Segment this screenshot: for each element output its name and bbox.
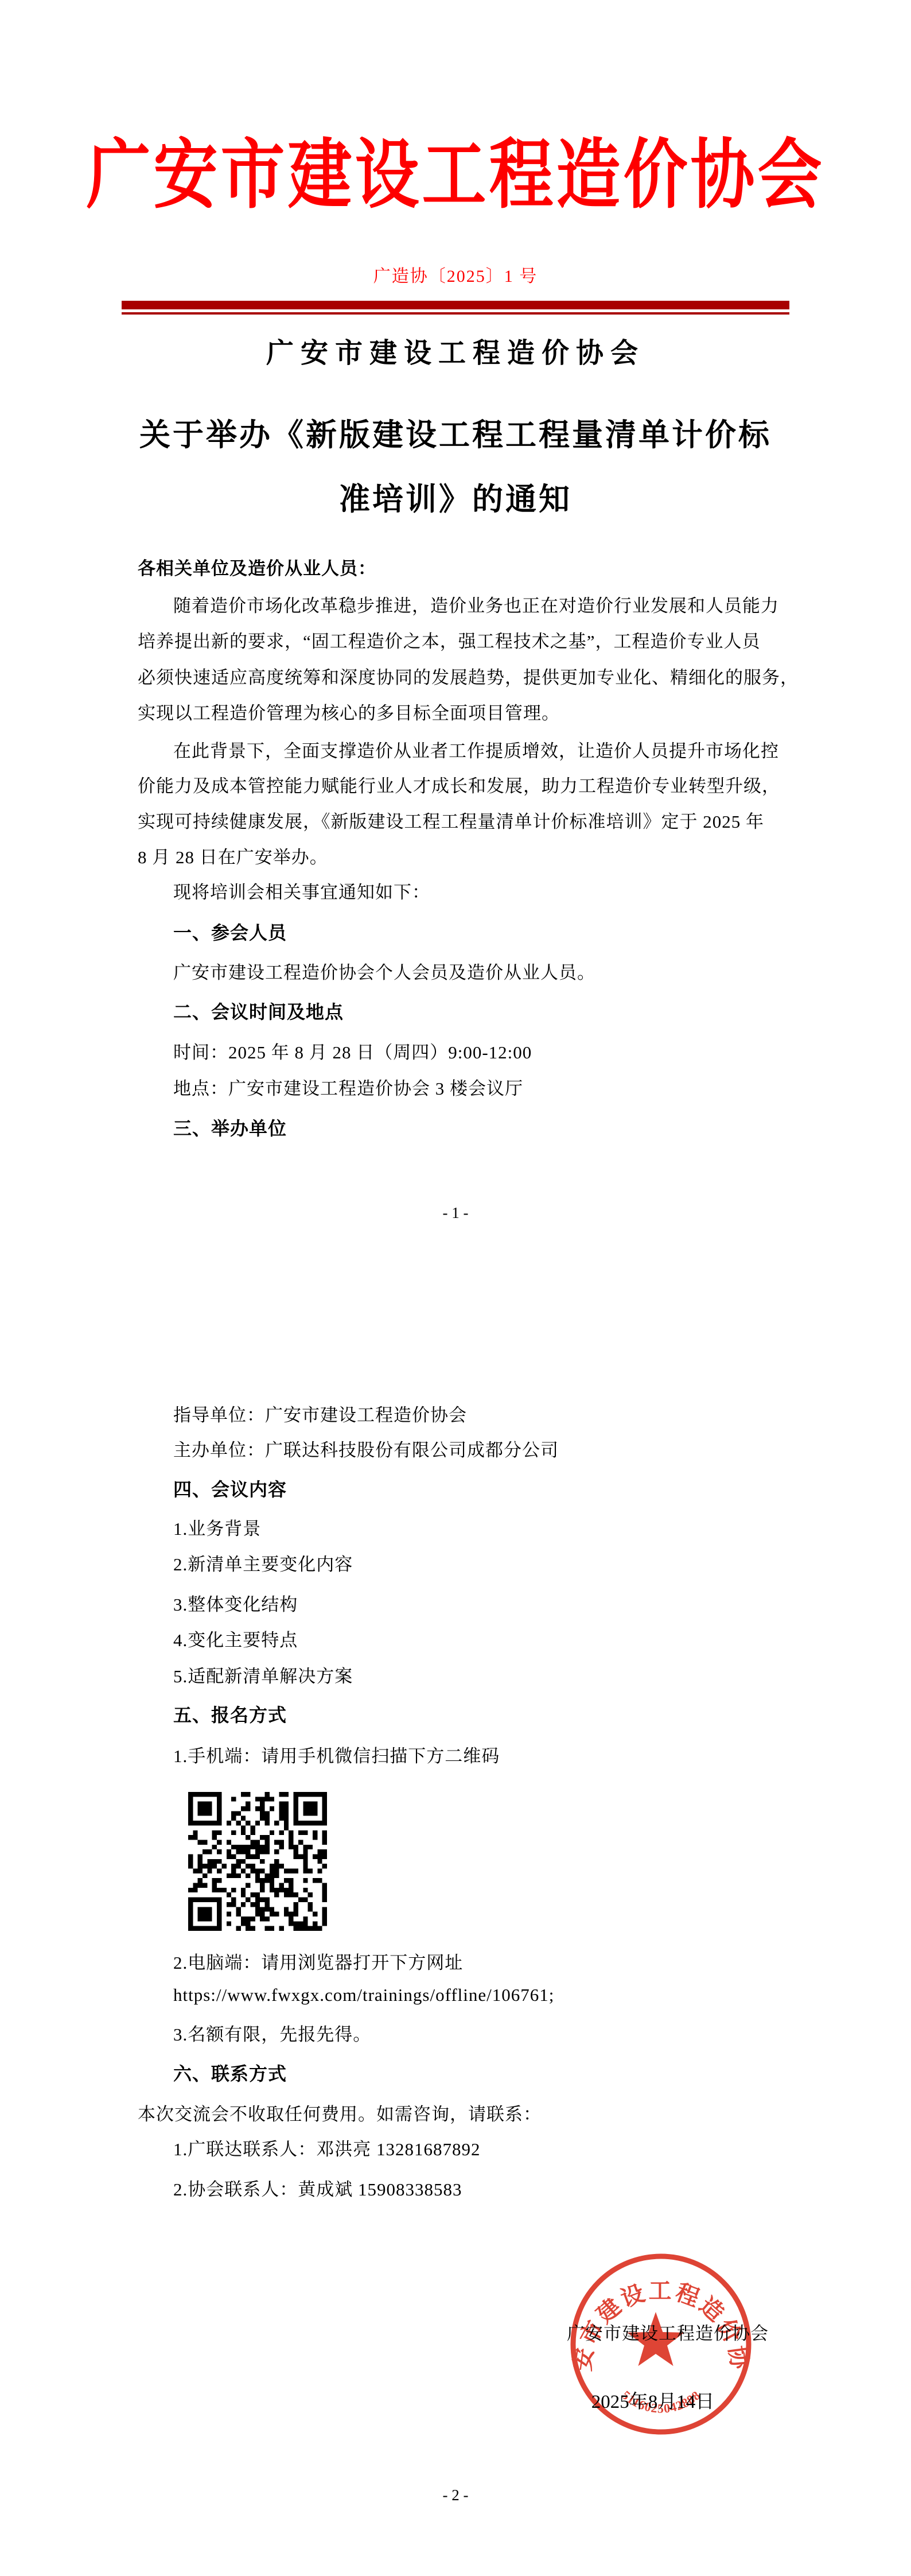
letterhead-org-name: 广安市建设工程造价协会 bbox=[0, 137, 911, 216]
paragraph2-line1: 在此背景下，全面支撑造价从业者工作提质增效，让造价人员提升市场化控 bbox=[138, 736, 827, 762]
paragraph2-line3: 实现可持续健康发展，《新版建设工程工程量清单计价标准培训》定于 2025 年 bbox=[138, 807, 792, 833]
signup-url: https://www.fwxgx.com/trainings/offline/… bbox=[138, 1985, 827, 2005]
section6-heading: 六、联系方式 bbox=[138, 2059, 827, 2086]
notice-subject-line1: 关于举办《新版建设工程工程量清单计价标 bbox=[0, 403, 911, 467]
salutation: 各相关单位及造价从业人员： bbox=[138, 554, 792, 580]
page2-number: - 2 - bbox=[0, 2486, 911, 2504]
paragraph1-line1: 随着造价市场化改革稳步推进，造价业务也正在对造价行业发展和人员能力 bbox=[138, 591, 827, 617]
qr-code bbox=[188, 1792, 327, 1931]
paragraph1-line3: 必须快速适应高度统筹和深度协同的发展趋势，提供更加专业化、精细化的服务， bbox=[138, 663, 792, 689]
host-unit: 主办单位：广联达科技股份有限公司成都分公司 bbox=[138, 1436, 827, 1461]
guiding-unit: 指导单位：广安市建设工程造价协会 bbox=[138, 1400, 827, 1426]
agenda-item-5: 5.适配新清单解决方案 bbox=[138, 1662, 827, 1687]
svg-text:5116025042888: 5116025042888 bbox=[619, 2388, 703, 2416]
paragraph2-line2: 价能力及成本管控能力赋能行业人才成长和发展，助力工程造价专业转型升级， bbox=[138, 771, 792, 797]
page1-number: - 1 - bbox=[0, 1204, 911, 1222]
letterhead-rule-thick bbox=[122, 301, 789, 309]
notice-subject-line2: 准培训》的通知 bbox=[0, 467, 911, 532]
signup-mobile: 1.手机端：请用手机微信扫描下方二维码 bbox=[138, 1741, 827, 1767]
meeting-place: 地点：广安市建设工程造价协会 3 楼会议厅 bbox=[138, 1074, 827, 1100]
meeting-time: 时间：2025 年 8 月 28 日（周四）9:00-12:00 bbox=[138, 1038, 827, 1064]
paragraph1-line4: 实现以工程造价管理为核心的多目标全面项目管理。 bbox=[138, 699, 792, 724]
contact-association: 2.协会联系人：黄成斌 15908338583 bbox=[138, 2175, 827, 2201]
paragraph2-line4: 8 月 28 日在广安举办。 bbox=[138, 843, 792, 868]
signup-pc: 2.电脑端：请用浏览器打开下方网址 bbox=[138, 1948, 827, 1974]
contact-glodon: 1.广联达联系人：邓洪亮 13281687892 bbox=[138, 2135, 827, 2160]
section5-heading: 五、报名方式 bbox=[138, 1701, 827, 1727]
signup-note: 3.名额有限，先报先得。 bbox=[138, 2020, 827, 2046]
section1-text: 广安市建设工程造价协会个人会员及造价从业人员。 bbox=[138, 958, 827, 984]
seal-code-number: 5116025042888 bbox=[619, 2388, 703, 2416]
notice-subject-title: 关于举办《新版建设工程工程量清单计价标 准培训》的通知 bbox=[0, 403, 911, 532]
document-number: 广造协〔2025〕1 号 bbox=[0, 262, 911, 287]
seal-star-icon bbox=[628, 2312, 684, 2366]
official-seal: 广安市建设工程造价协会 5116025042888 bbox=[568, 2251, 754, 2438]
agenda-item-3: 3.整体变化结构 bbox=[138, 1590, 827, 1616]
section3-heading: 三、举办单位 bbox=[138, 1114, 827, 1140]
agenda-item-2: 2.新清单主要变化内容 bbox=[138, 1550, 827, 1576]
notice-org-title: 广安市建设工程造价协会 bbox=[0, 331, 911, 370]
section2-heading: 二、会议时间及地点 bbox=[138, 998, 827, 1024]
contact-intro: 本次交流会不收取任何费用。如需咨询，请联系： bbox=[138, 2100, 792, 2125]
paragraph1-line2: 培养提出新的要求，“固工程造价之本，强工程技术之基”，工程造价专业人员 bbox=[138, 627, 792, 653]
section4-heading: 四、会议内容 bbox=[138, 1475, 827, 1502]
paragraph3: 现将培训会相关事宜通知如下： bbox=[138, 878, 827, 903]
section1-heading: 一、参会人员 bbox=[138, 918, 827, 945]
letterhead-rule-thin bbox=[122, 312, 789, 315]
agenda-item-4: 4.变化主要特点 bbox=[138, 1625, 827, 1651]
notice-document: 广安市建设工程造价协会 广造协〔2025〕1 号 广安市建设工程造价协会 关于举… bbox=[0, 0, 911, 2576]
agenda-item-1: 1.业务背景 bbox=[138, 1514, 827, 1540]
